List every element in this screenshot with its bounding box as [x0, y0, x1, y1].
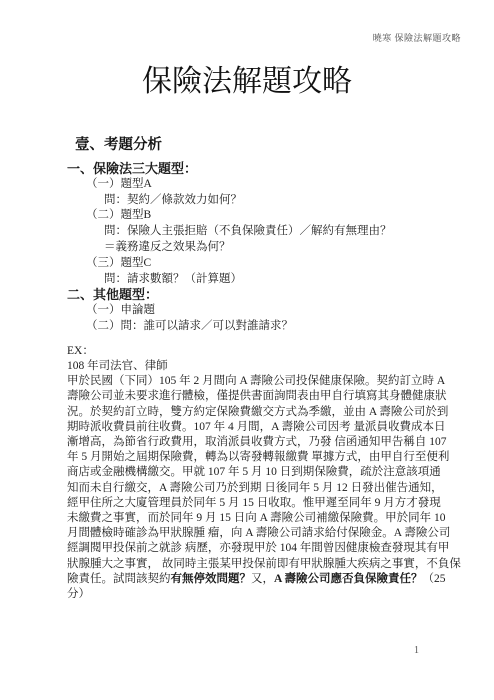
paragraph-line: 期時派收費員前往收費。107 年 4 月間，A 壽險公司因考 量派員收費成本日 [67, 420, 426, 435]
outline-item: （二）問：誰可以請求／可以對誰請求？ [67, 319, 426, 335]
outline-item: 問：請求數額？（計算題） [67, 272, 426, 288]
example-question: EX： 108 年司法官、律師 甲於民國（下同）105 年 2 月間向 A 壽險… [67, 344, 426, 602]
document-page: 曉寒 保險法解題攻略 保險法解題攻略 壹、考題分析 一、保險法三大題型： （一）… [0, 0, 494, 700]
section-heading: 壹、考題分析 [75, 137, 426, 153]
outline-item: （三）題型C [67, 256, 426, 272]
paragraph-line: 分） [67, 587, 426, 602]
paragraph-line: 險責任。試問該契約有無停效問題？又，A 壽險公司應否負保險責任？（25 [67, 572, 426, 587]
text-segment: （25 [423, 573, 446, 585]
document-content: 壹、考題分析 一、保險法三大題型： （一）題型A 問：契約／條款效力如何？ （二… [67, 137, 426, 602]
outline-item: 二、其他題型： [67, 287, 426, 303]
paragraph-line: 未繳費之事實，而於同年 9 月 15 日向 A 壽險公司補繳保險費。甲於同年 1… [67, 511, 426, 526]
paragraph-line: 狀腺腫大之事實， 故同時主張某甲投保前即有甲狀腺腫大疾病之事實，不負保 [67, 557, 426, 572]
paragraph-line: 月間體檢時確診為甲狀腺腫 瘤，向 A 壽險公司請求給付保險金。A 壽險公司 [67, 526, 426, 541]
text-segment: 險責任。試問該契約 [67, 573, 171, 585]
text-segment-bold: 有無停效問題？ [171, 573, 252, 585]
outline-item: 問：保險人主張拒賠（不負保險責任）／解約有無理由？ [67, 224, 426, 240]
paragraph-line: 漸增高，為節省行政費用，取消派員收費方式，乃發 信函通知甲告稱自 107 [67, 435, 426, 450]
paragraph-line: 甲於民國（下同）105 年 2 月間向 A 壽險公司投保健康保險。契約訂立時 A [67, 374, 426, 389]
paragraph-line: 況。於契約訂立時，雙方約定保險費繳交方式為季繳，並由 A 壽險公司於到 [67, 405, 426, 420]
outline-item: 一、保險法三大題型： [67, 161, 426, 177]
paragraph-line: 商店或金融機構繳交。甲就 107 年 5 月 10 日到期保險費，疏於注意該項通 [67, 465, 426, 480]
outline: 一、保險法三大題型： （一）題型A 問：契約／條款效力如何？ （二）題型B 問：… [67, 161, 426, 335]
outline-item: （二）題型B [67, 208, 426, 224]
paragraph-line: 經調閱甲投保前之就診 病歷，亦發現甲於 104 年間曾因健康檢查發現其有甲 [67, 541, 426, 556]
text-segment-bold: A 壽險公司應否負保險責任？ [274, 573, 423, 585]
paragraph-line: 壽險公司並未要求進行體檢，僅提供書面詢問表由甲自行填寫其身體健康狀 [67, 389, 426, 404]
text-segment: 又， [251, 573, 274, 585]
running-header: 曉寒 保險法解題攻略 [373, 31, 461, 44]
example-source: 108 年司法官、律師 [67, 359, 426, 374]
outline-item: （一）題型A [67, 177, 426, 193]
paragraph-line: 年 5 月開始之屆期保險費，轉為以寄發轉報繳費 單據方式，由甲自行至便利 [67, 450, 426, 465]
example-label: EX： [67, 344, 426, 359]
page-number: 1 [414, 645, 419, 656]
outline-item: ＝義務違反之效果為何？ [67, 240, 426, 256]
outline-item: （一）申論題 [67, 303, 426, 319]
paragraph-line: 知而未自行繳交，A 壽險公司乃於到期 日後同年 5 月 12 日發出催告通知， [67, 481, 426, 496]
outline-item: 問：契約／條款效力如何？ [67, 193, 426, 209]
paragraph-line: 經甲住所之大廈管理員於同年 5 月 15 日收取。惟甲遲至同年 9 月方才發現 [67, 496, 426, 511]
document-title: 保險法解題攻略 [0, 56, 494, 100]
